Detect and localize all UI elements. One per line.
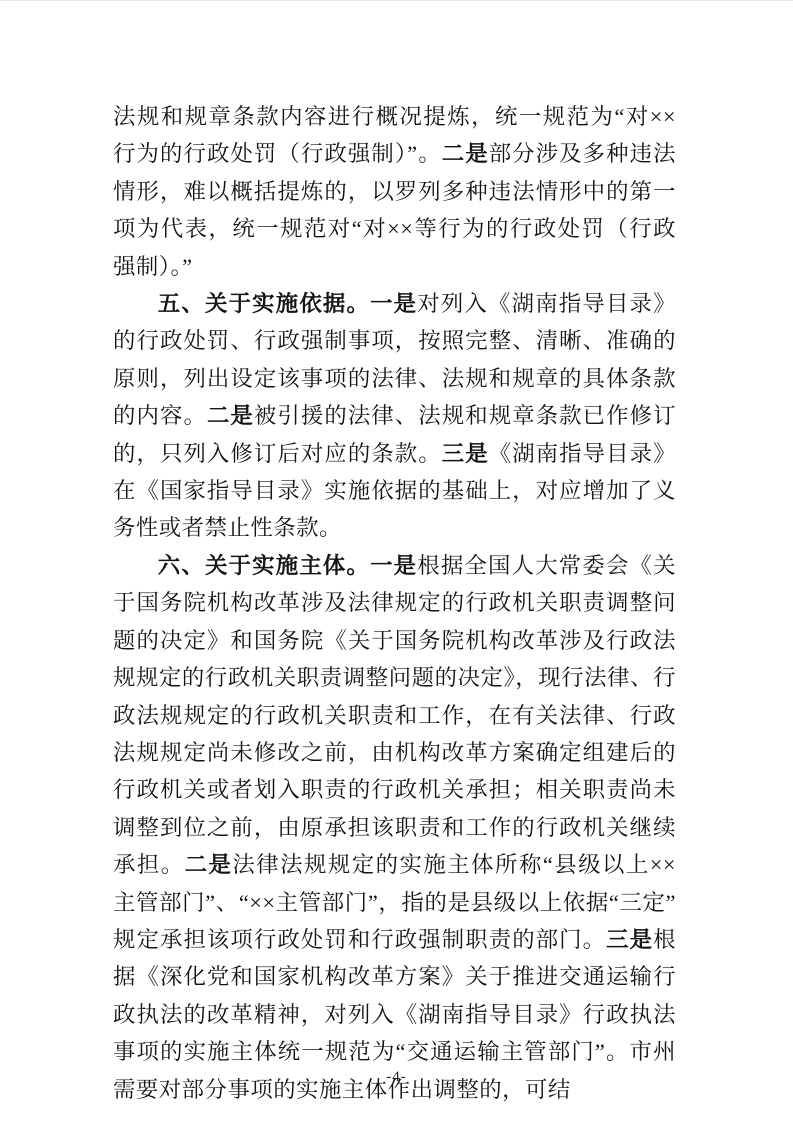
emphasis-text-run: 一是 bbox=[370, 291, 417, 316]
page-number: -4- bbox=[0, 1069, 793, 1086]
emphasis-text-run: 六、关于实施主体。 bbox=[158, 553, 370, 578]
paragraph: 六、关于实施主体。一是根据全国人大常委会《关于国务院机构改革涉及法律规定的行政机… bbox=[113, 547, 676, 1108]
emphasis-text-run: 二是 bbox=[207, 403, 254, 428]
paragraph: 法规和规章条款内容进行概况提炼，统一规范为“对××行为的行政处罚（行政强制）”。… bbox=[113, 98, 676, 285]
emphasis-text-run: 二是 bbox=[442, 141, 489, 166]
document-body-text: 法规和规章条款内容进行概况提炼，统一规范为“对××行为的行政处罚（行政强制）”。… bbox=[113, 98, 676, 1108]
paragraph: 五、关于实施依据。一是对列入《湖南指导目录》的行政处罚、行政强制事项，按照完整、… bbox=[113, 285, 676, 547]
emphasis-text-run: 三是 bbox=[442, 441, 489, 466]
text-run: 根据全国人大常委会《关于国务院机构改革涉及法律规定的行政机关职责调整问题的决定》… bbox=[113, 553, 676, 877]
emphasis-text-run: 三是 bbox=[606, 927, 653, 952]
emphasis-text-run: 二是 bbox=[185, 852, 233, 877]
emphasis-text-run: 一是 bbox=[370, 553, 417, 578]
emphasis-text-run: 五、关于实施依据。 bbox=[158, 291, 370, 316]
document-page: 法规和规章条款内容进行概况提炼，统一规范为“对××行为的行政处罚（行政强制）”。… bbox=[0, 0, 793, 1122]
